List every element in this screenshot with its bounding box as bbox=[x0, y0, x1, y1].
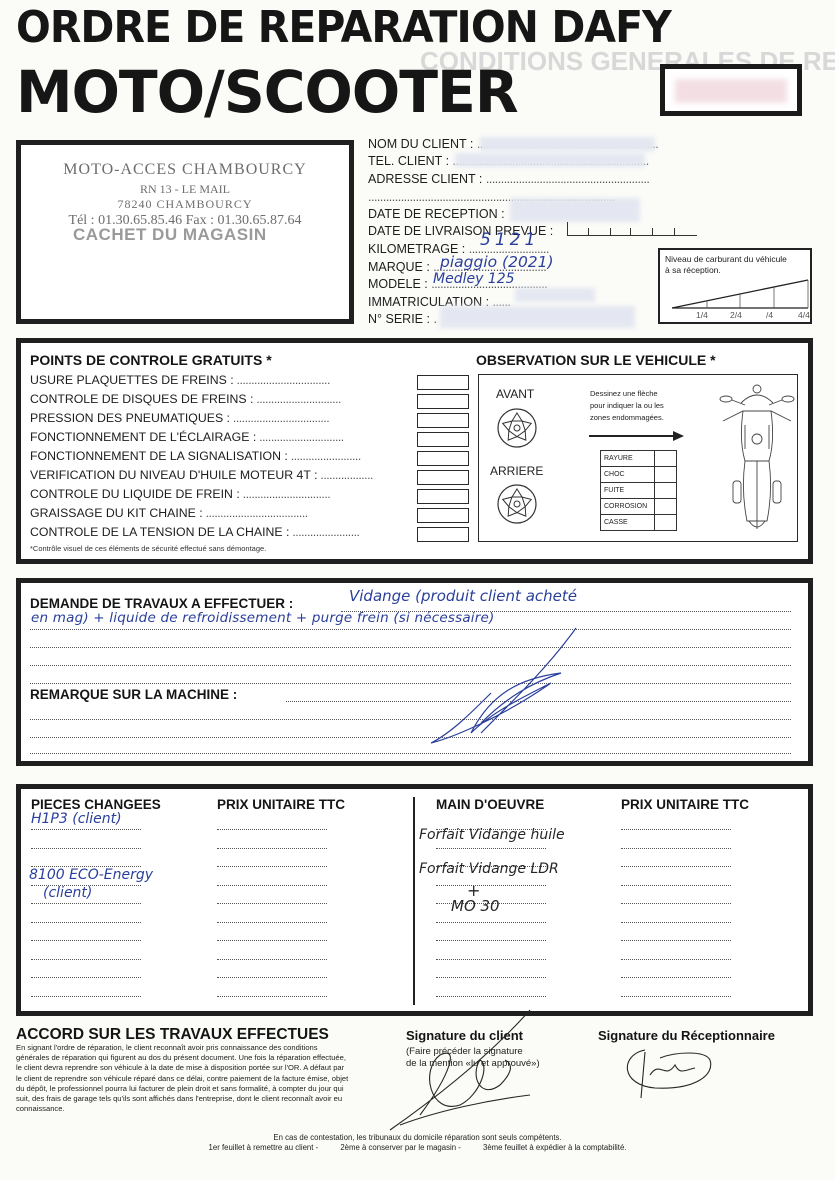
control-item-dots: ............................. bbox=[256, 430, 344, 444]
control-item-label: FONCTIONNEMENT DE LA SIGNALISATION : ...… bbox=[30, 449, 361, 463]
damage-type-label: CHOC bbox=[601, 467, 655, 483]
part-line[interactable] bbox=[31, 903, 141, 904]
control-checkbox[interactable] bbox=[417, 451, 469, 466]
remark-line-4[interactable] bbox=[30, 753, 791, 754]
damage-type-checkbox[interactable] bbox=[655, 467, 677, 483]
copy-1-note: 1er feuillet à remettre au client - bbox=[209, 1143, 319, 1152]
damage-type-row: CORROSION bbox=[601, 499, 677, 515]
stamp-city: 78240 CHAMBOURCY bbox=[21, 197, 349, 212]
parts-labor-section: PIECES CHANGEES PRIX UNITAIRE TTC MAIN D… bbox=[16, 784, 813, 1016]
client-address-field[interactable]: ADRESSE CLIENT : .......................… bbox=[368, 172, 649, 186]
control-points-title: POINTS DE CONTROLE GRATUITS * bbox=[30, 352, 272, 368]
part-line[interactable] bbox=[31, 940, 141, 941]
control-item-label: GRAISSAGE DU KIT CHAINE : ..............… bbox=[30, 506, 308, 520]
reception-date-label: DATE DE RECEPTION : bbox=[368, 207, 505, 221]
fuel-level-gauge[interactable]: Niveau de carburant du véhicule à sa réc… bbox=[658, 248, 812, 324]
control-checkbox[interactable] bbox=[417, 508, 469, 523]
control-item-label: CONTROLE DU LIQUIDE DE FREIN : .........… bbox=[30, 487, 330, 501]
machine-remark-label: REMARQUE SUR LA MACHINE : bbox=[30, 687, 237, 702]
work-request-label: DEMANDE DE TRAVAUX A EFFECTUER : bbox=[30, 596, 293, 611]
damage-type-checkbox[interactable] bbox=[655, 499, 677, 515]
control-checkbox[interactable] bbox=[417, 432, 469, 447]
part-line[interactable] bbox=[31, 848, 141, 849]
copy-2-note: 2ème à conserver par le magasin - bbox=[340, 1143, 460, 1152]
part-line[interactable] bbox=[31, 829, 141, 830]
work-request-section: DEMANDE DE TRAVAUX A EFFECTUER : REMARQU… bbox=[16, 578, 813, 766]
fuel-tick-label: /4 bbox=[766, 310, 773, 320]
part-price-line[interactable] bbox=[217, 885, 327, 886]
labor-price-line[interactable] bbox=[621, 959, 731, 960]
client-signature-area[interactable] bbox=[380, 1005, 560, 1135]
part-price-line[interactable] bbox=[217, 977, 327, 978]
model-handwritten: Medley 125 bbox=[433, 271, 515, 287]
reception-date-field[interactable]: DATE DE RECEPTION : bbox=[368, 207, 505, 221]
damage-type-checkbox[interactable] bbox=[655, 483, 677, 499]
control-item-label: VERIFICATION DU NIVEAU D'HUILE MOTEUR 4T… bbox=[30, 468, 373, 482]
serial-redacted bbox=[440, 306, 635, 328]
labor-price-line[interactable] bbox=[621, 922, 731, 923]
observation-title: OBSERVATION SUR LE VEHICULE * bbox=[476, 352, 716, 368]
part-price-line[interactable] bbox=[217, 959, 327, 960]
fuel-tick-label: 4/4 bbox=[798, 310, 810, 320]
part-price-line[interactable] bbox=[217, 848, 327, 849]
damage-type-checkbox[interactable] bbox=[655, 515, 677, 531]
part-line[interactable] bbox=[31, 922, 141, 923]
motorcycle-topview-icon[interactable] bbox=[719, 381, 795, 536]
control-item-dots: ................................. bbox=[230, 411, 329, 425]
labor-price-line[interactable] bbox=[621, 829, 731, 830]
control-item-dots: ................................... bbox=[203, 506, 308, 520]
delivery-date-cells[interactable] bbox=[567, 222, 697, 236]
labor-line[interactable] bbox=[436, 940, 546, 941]
shop-stamp-box: MOTO-ACCES CHAMBOURCY RN 13 - LE MAIL 78… bbox=[16, 140, 354, 324]
damage-type-label: FUITE bbox=[601, 483, 655, 499]
labor-price-header: PRIX UNITAIRE TTC bbox=[621, 797, 749, 812]
fuel-tick-label: 2/4 bbox=[730, 310, 742, 320]
part-price-line[interactable] bbox=[217, 922, 327, 923]
labor-line[interactable] bbox=[436, 959, 546, 960]
stamp-shop-name: MOTO-ACCES CHAMBOURCY bbox=[21, 161, 349, 179]
control-item-dots: .................. bbox=[318, 468, 373, 482]
part-price-line[interactable] bbox=[217, 903, 327, 904]
labor-entry-1: Forfait Vidange huile bbox=[419, 827, 565, 843]
client-name-redacted bbox=[480, 137, 655, 151]
part-price-line[interactable] bbox=[217, 829, 327, 830]
jurisdiction-note: En cas de contestation, les tribunaux du… bbox=[0, 1133, 835, 1142]
control-checkbox[interactable] bbox=[417, 470, 469, 485]
work-request-handwritten-line1: Vidange (produit client acheté bbox=[349, 587, 577, 605]
damage-type-row: RAYURE bbox=[601, 451, 677, 467]
labor-line[interactable] bbox=[436, 996, 546, 997]
labor-line[interactable] bbox=[436, 848, 546, 849]
serial-label: N° SERIE : bbox=[368, 312, 430, 326]
control-points-section: POINTS DE CONTROLE GRATUITS * USURE PLAQ… bbox=[16, 338, 813, 564]
control-item-dots: ........................ bbox=[288, 449, 361, 463]
stamp-street: RN 13 - LE MAIL bbox=[21, 182, 349, 197]
copy-distribution-note: 1er feuillet à remettre au client - 2ème… bbox=[0, 1143, 835, 1152]
control-item-label: USURE PLAQUETTES DE FREINS : ...........… bbox=[30, 373, 330, 387]
front-wheel-icon[interactable] bbox=[496, 407, 538, 449]
fuel-tick-label: 1/4 bbox=[696, 310, 708, 320]
observation-panel: AVANT ARRIERE Dessi bbox=[478, 374, 798, 542]
rear-wheel-label: ARRIERE bbox=[490, 464, 543, 478]
labor-price-line[interactable] bbox=[621, 866, 731, 867]
form-subtitle: MOTO/SCOOTER bbox=[16, 58, 518, 126]
labor-line[interactable] bbox=[436, 977, 546, 978]
labor-price-line[interactable] bbox=[621, 996, 731, 997]
agreement-text: En signant l'ordre de réparation, le cli… bbox=[16, 1043, 351, 1114]
damage-type-row: CHOC bbox=[601, 467, 677, 483]
rear-wheel-icon[interactable] bbox=[496, 483, 538, 525]
damage-type-checkbox[interactable] bbox=[655, 451, 677, 467]
labor-line[interactable] bbox=[436, 885, 546, 886]
model-label: MODELE : bbox=[368, 277, 428, 291]
control-item-label: CONTROLE DE DISQUES DE FREINS : ........… bbox=[30, 392, 341, 406]
damage-type-row: CASSE bbox=[601, 515, 677, 531]
labor-price-line[interactable] bbox=[621, 848, 731, 849]
damage-type-label: CORROSION bbox=[601, 499, 655, 515]
parts-price-header: PRIX UNITAIRE TTC bbox=[217, 797, 345, 812]
labor-header: MAIN D'OEUVRE bbox=[436, 797, 544, 812]
arrow-instruction: Dessinez une flèche pour indiquer la ou … bbox=[590, 388, 664, 424]
damage-type-row: FUITE bbox=[601, 483, 677, 499]
instruction-line1: Dessinez une flèche bbox=[590, 388, 664, 400]
form-title: ORDRE DE REPARATION DAFY bbox=[16, 2, 671, 53]
client-name-label: NOM DU CLIENT : bbox=[368, 137, 473, 151]
labor-entry-2: Forfait Vidange LDR bbox=[419, 861, 559, 877]
front-wheel-label: AVANT bbox=[496, 387, 534, 401]
reception-date-redacted bbox=[510, 198, 640, 222]
receptionist-signature-area[interactable] bbox=[615, 1040, 725, 1100]
labor-price-line[interactable] bbox=[621, 903, 731, 904]
labor-entry-mo: MO 30 bbox=[451, 897, 500, 915]
brand-handwritten: piaggio (2021) bbox=[440, 253, 554, 271]
client-phone-label: TEL. CLIENT : bbox=[368, 154, 449, 168]
control-item-label: PRESSION DES PNEUMATIQUES : ............… bbox=[30, 411, 329, 425]
registration-redacted bbox=[515, 288, 595, 302]
labor-price-line[interactable] bbox=[621, 977, 731, 978]
part-entry-2-line2: (client) bbox=[43, 885, 92, 901]
brand-label: MARQUE : bbox=[368, 260, 430, 274]
part-line[interactable] bbox=[31, 996, 141, 997]
client-initials-scribble bbox=[411, 623, 591, 753]
part-price-line[interactable] bbox=[217, 996, 327, 997]
labor-price-line[interactable] bbox=[621, 940, 731, 941]
control-item-dots: ....................... bbox=[289, 525, 359, 539]
control-item-label: FONCTIONNEMENT DE L'ÉCLAIRAGE : ........… bbox=[30, 430, 344, 444]
labor-price-line[interactable] bbox=[621, 885, 731, 886]
control-item-label: CONTROLE DE LA TENSION DE LA CHAINE : ..… bbox=[30, 525, 359, 539]
agreement-title: ACCORD SUR LES TRAVAUX EFFECTUES bbox=[16, 1026, 329, 1044]
part-entry-1: H1P3 (client) bbox=[31, 811, 122, 827]
parts-header: PIECES CHANGEES bbox=[31, 797, 161, 812]
instruction-line2: pour indiquer la ou les bbox=[590, 400, 664, 412]
damage-type-table: RAYURECHOCFUITECORROSIONCASSE bbox=[600, 450, 677, 531]
part-price-line[interactable] bbox=[217, 940, 327, 941]
mileage-handwritten: 5121 bbox=[480, 230, 539, 250]
part-entry-2-line1: 8100 ECO-Energy bbox=[29, 867, 153, 883]
instruction-line3: zones endommagées. bbox=[590, 412, 664, 424]
labor-line[interactable] bbox=[436, 922, 546, 923]
order-number-box bbox=[660, 64, 802, 116]
control-checkbox[interactable] bbox=[417, 413, 469, 428]
control-checkbox[interactable] bbox=[417, 527, 469, 542]
control-item-dots: .............................. bbox=[240, 487, 330, 501]
damage-type-label: CASSE bbox=[601, 515, 655, 531]
copy-3-note: 3ème feuillet à expédier à la comptabili… bbox=[483, 1143, 626, 1152]
control-checkbox[interactable] bbox=[417, 375, 469, 390]
control-item-dots: ............................. bbox=[253, 392, 341, 406]
control-checkbox[interactable] bbox=[417, 489, 469, 504]
part-line[interactable] bbox=[31, 977, 141, 978]
stamp-caption: CACHET DU MAGASIN bbox=[73, 225, 267, 245]
control-footnote: *Contrôle visuel de ces éléments de sécu… bbox=[30, 544, 266, 553]
arrow-right-icon bbox=[589, 431, 685, 441]
control-item-dots: ................................ bbox=[234, 373, 330, 387]
control-checkbox[interactable] bbox=[417, 394, 469, 409]
serial-field[interactable]: N° SERIE : . bbox=[368, 312, 436, 326]
part-line[interactable] bbox=[31, 959, 141, 960]
client-address-label: ADRESSE CLIENT : bbox=[368, 172, 482, 186]
order-number-redacted bbox=[675, 79, 787, 103]
client-phone-redacted bbox=[455, 153, 645, 167]
column-divider bbox=[413, 797, 415, 1005]
damage-type-label: RAYURE bbox=[601, 451, 655, 467]
part-price-line[interactable] bbox=[217, 866, 327, 867]
